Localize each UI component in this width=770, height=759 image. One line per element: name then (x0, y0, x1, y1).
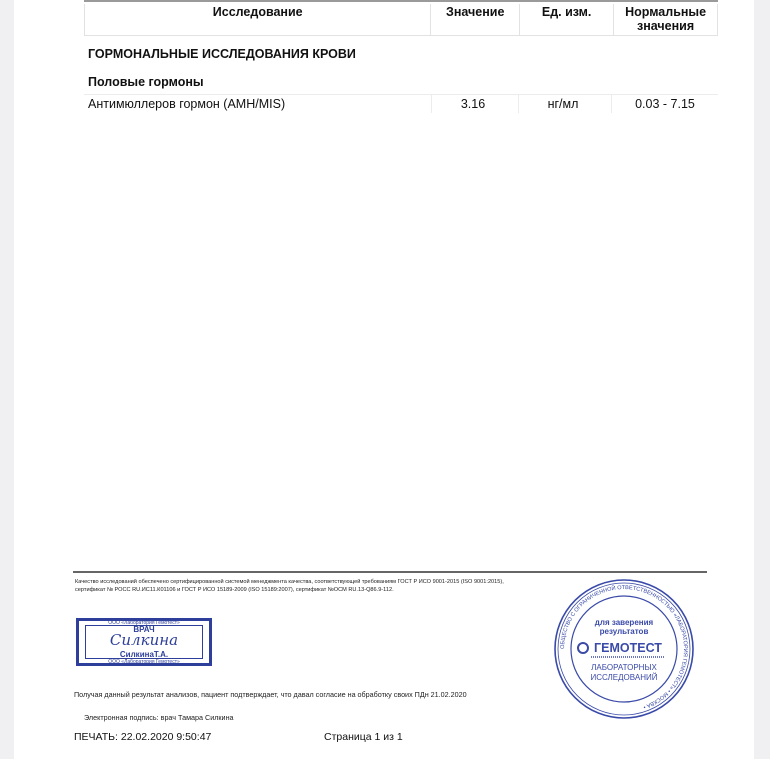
cell-value: 3.16 (432, 97, 514, 111)
doctor-stamp-bottom: ООО «Лаборатория Гемотест» (79, 659, 209, 665)
lab-seal-stamp: ОБЩЕСТВО С ОГРАНИЧЕННОЙ ОТВЕТСТВЕННОСТЬЮ… (553, 578, 695, 720)
gemotest-logo-icon (578, 643, 588, 653)
svg-text:результатов: результатов (600, 627, 649, 636)
header-normal-line1: Нормальные (625, 5, 706, 19)
cell-test: Антимюллеров гормон (AMH/MIS) (88, 97, 285, 111)
cell-unit: нг/мл (519, 97, 607, 111)
electronic-signature: Электронная подпись: врач Тамара Силкина (84, 713, 234, 722)
header-value: Значение (431, 4, 520, 36)
header-normal-line2: значения (637, 19, 694, 33)
svg-text:ГЕМОТЕСТ: ГЕМОТЕСТ (594, 641, 662, 655)
header-normal: Нормальныезначения (614, 4, 718, 36)
results-table-header: Исследование Значение Ед. изм. Нормальны… (84, 4, 718, 36)
svg-text:для заверения: для заверения (595, 618, 654, 627)
page-number: Страница 1 из 1 (324, 731, 403, 743)
top-divider (84, 0, 718, 2)
consent-note: Получая данный результат анализов, пацие… (74, 690, 467, 699)
svg-text:ЛАБОРАТОРНЫХ: ЛАБОРАТОРНЫХ (591, 663, 657, 672)
cell-normal: 0.03 - 7.15 (612, 97, 718, 111)
header-test: Исследование (85, 4, 431, 36)
doctor-signature: Силкина (79, 631, 209, 649)
certification-note: Качество исследований обеспечено сертифи… (75, 578, 530, 594)
section-title: ГОРМОНАЛЬНЫЕ ИССЛЕДОВАНИЯ КРОВИ (88, 47, 356, 61)
doctor-stamp-name: СилкинаТ.А. (79, 650, 209, 659)
doctor-stamp: ООО «Лаборатория Гемотест» ВРАЧ Силкина … (76, 618, 212, 666)
subsection-title: Половые гормоны (88, 75, 204, 89)
svg-text:ИССЛЕДОВАНИЙ: ИССЛЕДОВАНИЙ (591, 673, 658, 682)
footer-divider (73, 571, 707, 573)
table-row: Антимюллеров гормон (AMH/MIS) 3.16 нг/мл… (84, 94, 718, 113)
header-unit: Ед. изм. (520, 4, 614, 36)
print-timestamp: ПЕЧАТЬ: 22.02.2020 9:50:47 (74, 731, 211, 743)
